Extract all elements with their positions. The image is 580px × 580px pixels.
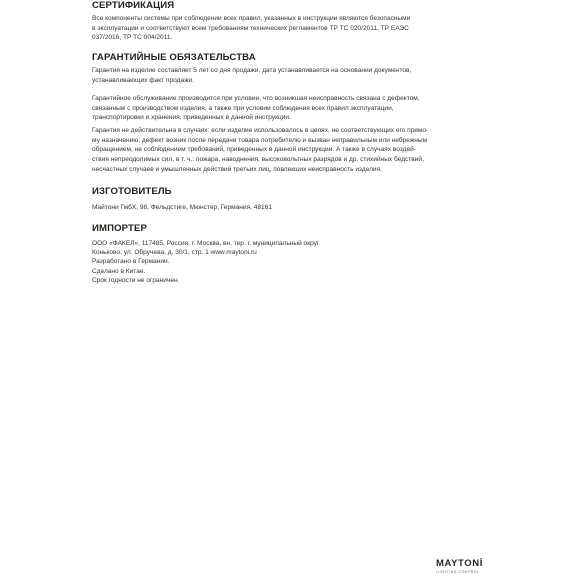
importer-heading: ИМПОРТЕР <box>92 223 147 234</box>
text-line: Майтони ГмбХ, 98, Фельдстиге, Мюнстер, Г… <box>92 203 492 213</box>
text-line: Сделано в Китае. <box>92 267 492 276</box>
text-line: 037/2016, ТР ТС 004/2011. <box>92 33 492 43</box>
text-line: Гарантия на изделие составляет 5 лет со … <box>92 66 492 76</box>
maytoni-logo: MAYTONİ LIGHTING CONTROL <box>436 559 490 575</box>
logo-brand: MAYTONİ <box>436 559 490 569</box>
warranty-paragraph-1: Гарантия на изделие составляет 5 лет со … <box>92 66 492 85</box>
warranty-paragraph-3: Гарантия не действительна в случаях: есл… <box>92 126 492 175</box>
text-line: связанным с производством изделия, а так… <box>92 104 492 114</box>
importer-text: ООО «ФАКЕЛ», 117485, Россия, г. Москва, … <box>92 239 492 285</box>
manufacturer-heading: ИЗГОТОВИТЕЛЬ <box>92 186 172 197</box>
text-line: в эксплуатации и соответствуют всем треб… <box>92 24 492 34</box>
warranty-paragraph-2: Гарантийное обслуживание производится пр… <box>92 94 492 123</box>
text-line: транспортировки и хранения, приведенных … <box>92 113 492 123</box>
manufacturer-text: Майтони ГмбХ, 98, Фельдстиге, Мюнстер, Г… <box>92 203 492 213</box>
text-line: Гарантийное обслуживание производится пр… <box>92 94 492 104</box>
certification-heading: СЕРТИФИКАЦИЯ <box>92 0 174 11</box>
logo-tagline: LIGHTING CONTROL <box>436 569 490 575</box>
text-line: Разработано в Германии. <box>92 257 492 266</box>
text-line: устанавливающих факт продажи. <box>92 76 492 86</box>
warranty-heading: ГАРАНТИЙНЫЕ ОБЯЗАТЕЛЬСТВА <box>92 52 256 63</box>
text-line: ствия непреодолимых сил, в т. ч.: пожара… <box>92 155 492 165</box>
text-line: Все компоненты системы при соблюдении вс… <box>92 14 492 24</box>
text-line: Срок годности не ограничен. <box>92 276 492 285</box>
text-line: обращением, не соблюдением требований, п… <box>92 145 492 155</box>
text-line: несчастных случаев и умышленных действий… <box>92 165 492 175</box>
text-line: ООО «ФАКЕЛ», 117485, Россия, г. Москва, … <box>92 239 492 248</box>
text-line: Коньково, ул. Обручева, д. 30/1, стр. 1 … <box>92 248 492 257</box>
text-line: му назначению; дефект возник после перед… <box>92 136 492 146</box>
certification-text: Все компоненты системы при соблюдении вс… <box>92 14 492 43</box>
text-line: Гарантия не действительна в случаях: есл… <box>92 126 492 136</box>
